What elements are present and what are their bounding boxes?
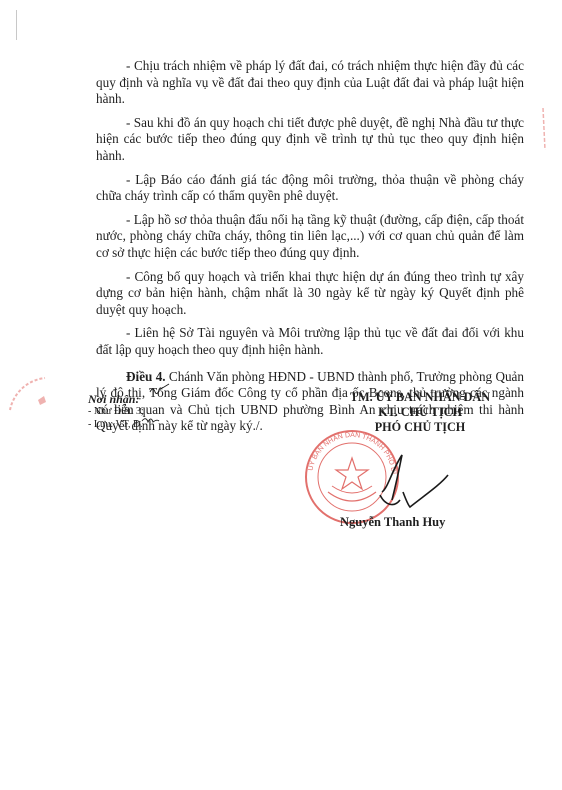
recipient-item: - Lưu: VT, Đ. — [88, 419, 144, 432]
paragraph: - Lập Báo cáo đánh giá tác động môi trườ… — [96, 172, 524, 205]
page-edge-mark — [16, 10, 17, 40]
paragraph: - Liên hệ Sở Tài nguyên và Môi trường lậ… — [96, 325, 524, 358]
signer-name: Nguyễn Thanh Huy — [340, 515, 445, 530]
paragraph: - Lập hồ sơ thỏa thuận đấu nối hạ tầng k… — [96, 212, 524, 262]
paragraph: - Công bố quy hoạch và triển khai thực h… — [96, 269, 524, 319]
recipient-item: - Như Điều 3; — [88, 406, 144, 419]
faint-mark-right-icon — [543, 108, 545, 150]
handwritten-signature-icon — [380, 455, 448, 507]
document-body: - Chịu trách nhiệm về pháp lý đất đai, c… — [96, 58, 524, 442]
signature-line-2: KT. CHỦ TỊCH — [320, 405, 520, 420]
signature-line-1: TM. ỦY BAN NHÂN DÂN — [320, 390, 520, 405]
signature-block: TM. ỦY BAN NHÂN DÂN KT. CHỦ TỊCH PHÓ CHỦ… — [320, 390, 520, 435]
article-4-label: Điều 4. — [126, 369, 166, 384]
recipients-block: Nơi nhận: - Như Điều 3; - Lưu: VT, Đ. — [88, 392, 144, 431]
paragraph: - Chịu trách nhiệm về pháp lý đất đai, c… — [96, 58, 524, 108]
faint-stamp-left-icon — [10, 378, 46, 410]
recipients-title: Nơi nhận: — [88, 392, 144, 406]
signature-line-3: PHÓ CHỦ TỊCH — [320, 420, 520, 435]
paragraph: - Sau khi đồ án quy hoạch chi tiết được … — [96, 115, 524, 165]
